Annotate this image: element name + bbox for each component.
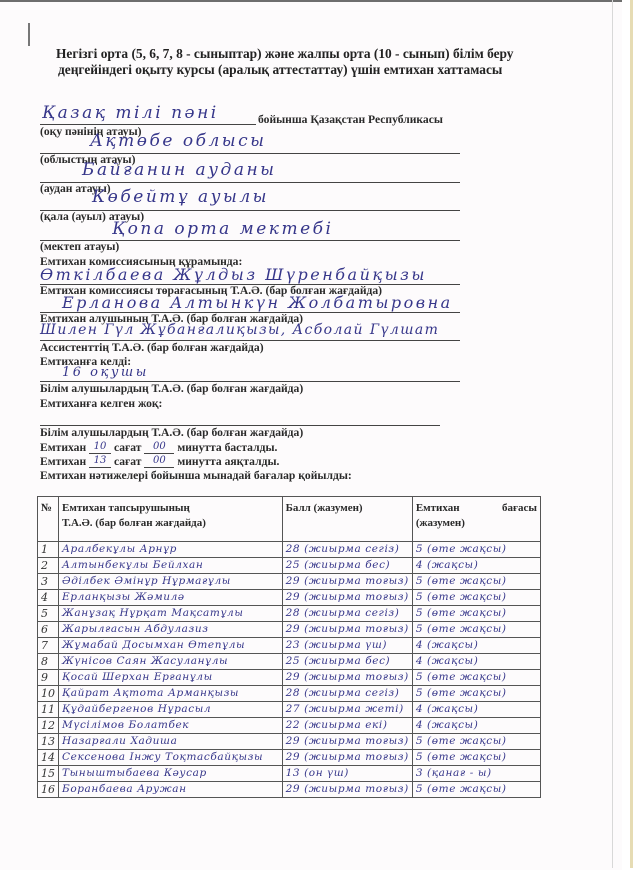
score-cell: 29 (жиырма тоғыз) (282, 734, 412, 750)
end-minute: 00 (144, 456, 174, 468)
absent-label: Емтиханға келген жоқ: (40, 397, 162, 410)
student-name: Қайрат Ақтота Арманқызы (59, 686, 283, 702)
header-grade-word2: бағасы (502, 501, 537, 516)
student-name: Боранбаева Аружан (59, 782, 283, 798)
student-name: Мүсілімов Болатбек (59, 718, 283, 734)
student-name: Ерланқызы Жәмилә (59, 590, 283, 606)
score-cell: 29 (жиырма тоғыз) (282, 622, 412, 638)
start-suffix: минутта басталды. (177, 441, 277, 454)
end-exam-word: Емтихан (40, 455, 86, 468)
student-name: Тыныштыбаева Кәусар (59, 766, 283, 782)
assistants-value: Шилен Гүл Жұбанғалиқызы, Асболай Гүлшат (40, 322, 439, 338)
student-name: Жұмабай Досымхан Өтепұлы (59, 638, 283, 654)
row-number: 14 (38, 750, 59, 766)
row-number: 10 (38, 686, 59, 702)
row-number: 4 (38, 590, 59, 606)
score-cell: 22 (жиырма екі) (282, 718, 412, 734)
grade-cell: 4 (жақсы) (412, 654, 540, 670)
score-cell: 25 (жиырма бес) (282, 558, 412, 574)
table-row: 14Сексенова Інжу Тоқтасбайқызы29 (жиырма… (38, 750, 541, 766)
examiner-value: Ерланова Алтынкүн Жолбатыровна (62, 293, 453, 312)
row-number: 1 (38, 542, 59, 558)
table-row: 13Назарғали Хадиша29 (жиырма тоғыз)5 (өт… (38, 734, 541, 750)
header-grade: Емтихан бағасы (жазумен) (412, 497, 540, 542)
start-time-line: Емтихан 10 сағат 00 минутта басталды. (40, 441, 277, 454)
table-row: 7Жұмабай Досымхан Өтепұлы23 (жиырма үш)4… (38, 638, 541, 654)
assistants-caption: Ассистенттің Т.А.Ә. (бар болған жағдайда… (40, 341, 264, 354)
score-cell: 28 (жиырма сегіз) (282, 542, 412, 558)
table-row: 8Жүнісов Саян Жасуланұлы25 (жиырма бес)4… (38, 654, 541, 670)
student-name: Назарғали Хадиша (59, 734, 283, 750)
grade-cell: 4 (жақсы) (412, 702, 540, 718)
grade-cell: 4 (жақсы) (412, 718, 540, 734)
table-row: 16Боранбаева Аружан29 (жиырма тоғыз)5 (ө… (38, 782, 541, 798)
row-number: 2 (38, 558, 59, 574)
score-cell: 29 (жиырма тоғыз) (282, 590, 412, 606)
start-hour: 10 (89, 442, 111, 454)
header-name-line2: Т.А.Ә. (бар болған жағдайда) (62, 516, 279, 531)
table-row: 5Жанұзақ Нұрқат Мақсатұлы28 (жиырма сегі… (38, 606, 541, 622)
grade-cell: 3 (қанағ - ы) (412, 766, 540, 782)
grade-cell: 5 (өте жақсы) (412, 590, 540, 606)
row-number: 6 (38, 622, 59, 638)
results-table: № Емтихан тапсырушының Т.А.Ә. (бар болға… (37, 496, 541, 798)
start-exam-word: Емтихан (40, 441, 86, 454)
header-name-line1: Емтихан тапсырушының (62, 501, 279, 516)
grade-cell: 5 (өте жақсы) (412, 542, 540, 558)
subject-value: Қазақ тілі пәні (42, 103, 219, 123)
student-name: Құдайбергенов Нұрасыл (59, 702, 283, 718)
row-number: 13 (38, 734, 59, 750)
district-value: Байғанин ауданы (82, 160, 277, 180)
student-name: Сексенова Інжу Тоқтасбайқызы (59, 750, 283, 766)
start-hour-word: сағат (114, 441, 142, 454)
score-cell: 28 (жиырма сегіз) (282, 686, 412, 702)
student-name: Аралбекұлы Арнұр (59, 542, 283, 558)
grade-cell: 5 (өте жақсы) (412, 574, 540, 590)
table-row: 6Жарылғасын Абдулазиз29 (жиырма тоғыз)5 … (38, 622, 541, 638)
table-row: 1Аралбекұлы Арнұр28 (жиырма сегіз)5 (өте… (38, 542, 541, 558)
grade-cell: 4 (жақсы) (412, 558, 540, 574)
grade-cell: 5 (өте жақсы) (412, 734, 540, 750)
start-minute: 00 (144, 442, 174, 454)
row-number: 11 (38, 702, 59, 718)
grade-cell: 5 (өте жақсы) (412, 622, 540, 638)
row-number: 12 (38, 718, 59, 734)
row-number: 5 (38, 606, 59, 622)
region-value: Ақтөбе облысы (90, 131, 267, 151)
table-row: 11Құдайбергенов Нұрасыл27 (жиырма жеті)4… (38, 702, 541, 718)
student-name: Жарылғасын Абдулазиз (59, 622, 283, 638)
grade-cell: 4 (жақсы) (412, 638, 540, 654)
grade-cell: 5 (өте жақсы) (412, 686, 540, 702)
row-number: 9 (38, 670, 59, 686)
score-cell: 28 (жиырма сегіз) (282, 606, 412, 622)
title-line-2: деңгейіндегі оқыту курсы (аралық аттеста… (56, 62, 596, 78)
end-suffix: минутта аяқталды. (177, 455, 279, 468)
student-name: Алтынбекұлы Бейлхан (59, 558, 283, 574)
grade-cell: 5 (өте жақсы) (412, 670, 540, 686)
table-header-row: № Емтихан тапсырушының Т.А.Ә. (бар болға… (38, 497, 541, 542)
subject-suffix: бойынша Қазақстан Республикасы (258, 113, 443, 126)
end-hour-word: сағат (114, 455, 142, 468)
row-number: 15 (38, 766, 59, 782)
end-time-line: Емтихан 13 сағат 00 минутта аяқталды. (40, 455, 279, 468)
present-caption: Білім алушылардың Т.А.Ә. (бар болған жағ… (40, 382, 303, 395)
page-edge (630, 0, 633, 868)
margin-mark (28, 23, 30, 46)
document-title: Негізгі орта (5, 6, 7, 8 - сыныптар) жән… (56, 46, 596, 78)
header-grade-line2: (жазумен) (416, 516, 537, 531)
grade-cell: 5 (өте жақсы) (412, 606, 540, 622)
end-hour: 13 (89, 456, 111, 468)
header-name: Емтихан тапсырушының Т.А.Ә. (бар болған … (59, 497, 283, 542)
student-name: Жүнісов Саян Жасуланұлы (59, 654, 283, 670)
score-cell: 13 (он үш) (282, 766, 412, 782)
student-name: Жанұзақ Нұрқат Мақсатұлы (59, 606, 283, 622)
title-line-1: Негізгі орта (5, 6, 7, 8 - сыныптар) жән… (56, 46, 596, 62)
commission-chair-value: Өткілбаева Жұлдыз Шүренбайқызы (40, 265, 427, 284)
row-number: 3 (38, 574, 59, 590)
school-caption: (мектеп атауы) (40, 240, 119, 253)
student-name: Әділбек Әмінұр Нұрмағұлы (59, 574, 283, 590)
row-number: 8 (38, 654, 59, 670)
school-value: Қопа орта мектебі (112, 219, 333, 239)
student-name: Қосай Шерхан Ерғанұлы (59, 670, 283, 686)
page-fold-line (612, 0, 613, 868)
table-row: 4Ерланқызы Жәмилә29 (жиырма тоғыз)5 (өте… (38, 590, 541, 606)
header-num: № (38, 497, 59, 542)
table-row: 2Алтынбекұлы Бейлхан25 (жиырма бес)4 (жа… (38, 558, 541, 574)
table-row: 12Мүсілімов Болатбек22 (жиырма екі)4 (жа… (38, 718, 541, 734)
header-grade-word1: Емтихан (416, 501, 460, 516)
score-cell: 25 (жиырма бес) (282, 654, 412, 670)
table-row: 3Әділбек Әмінұр Нұрмағұлы29 (жиырма тоғы… (38, 574, 541, 590)
header-score: Балл (жазумен) (282, 497, 412, 542)
row-number: 16 (38, 782, 59, 798)
score-cell: 23 (жиырма үш) (282, 638, 412, 654)
table-row: 15Тыныштыбаева Кәусар13 (он үш)3 (қанағ … (38, 766, 541, 782)
absent-caption: Білім алушылардың Т.А.Ә. (бар болған жағ… (40, 426, 303, 439)
score-cell: 29 (жиырма тоғыз) (282, 750, 412, 766)
score-cell: 27 (жиырма жеті) (282, 702, 412, 718)
table-row: 10Қайрат Ақтота Арманқызы28 (жиырма сегі… (38, 686, 541, 702)
score-cell: 29 (жиырма тоғыз) (282, 782, 412, 798)
results-label: Емтихан нәтижелері бойынша мынадай бағал… (40, 469, 352, 482)
grade-cell: 5 (өте жақсы) (412, 750, 540, 766)
score-cell: 29 (жиырма тоғыз) (282, 670, 412, 686)
table-row: 9Қосай Шерхан Ерғанұлы29 (жиырма тоғыз)5… (38, 670, 541, 686)
present-value: 16 оқушы (62, 365, 149, 380)
village-value: Көбейтұ ауылы (92, 187, 269, 207)
results-body: 1Аралбекұлы Арнұр28 (жиырма сегіз)5 (өте… (38, 542, 541, 798)
score-cell: 29 (жиырма тоғыз) (282, 574, 412, 590)
grade-cell: 5 (өте жақсы) (412, 782, 540, 798)
row-number: 7 (38, 638, 59, 654)
